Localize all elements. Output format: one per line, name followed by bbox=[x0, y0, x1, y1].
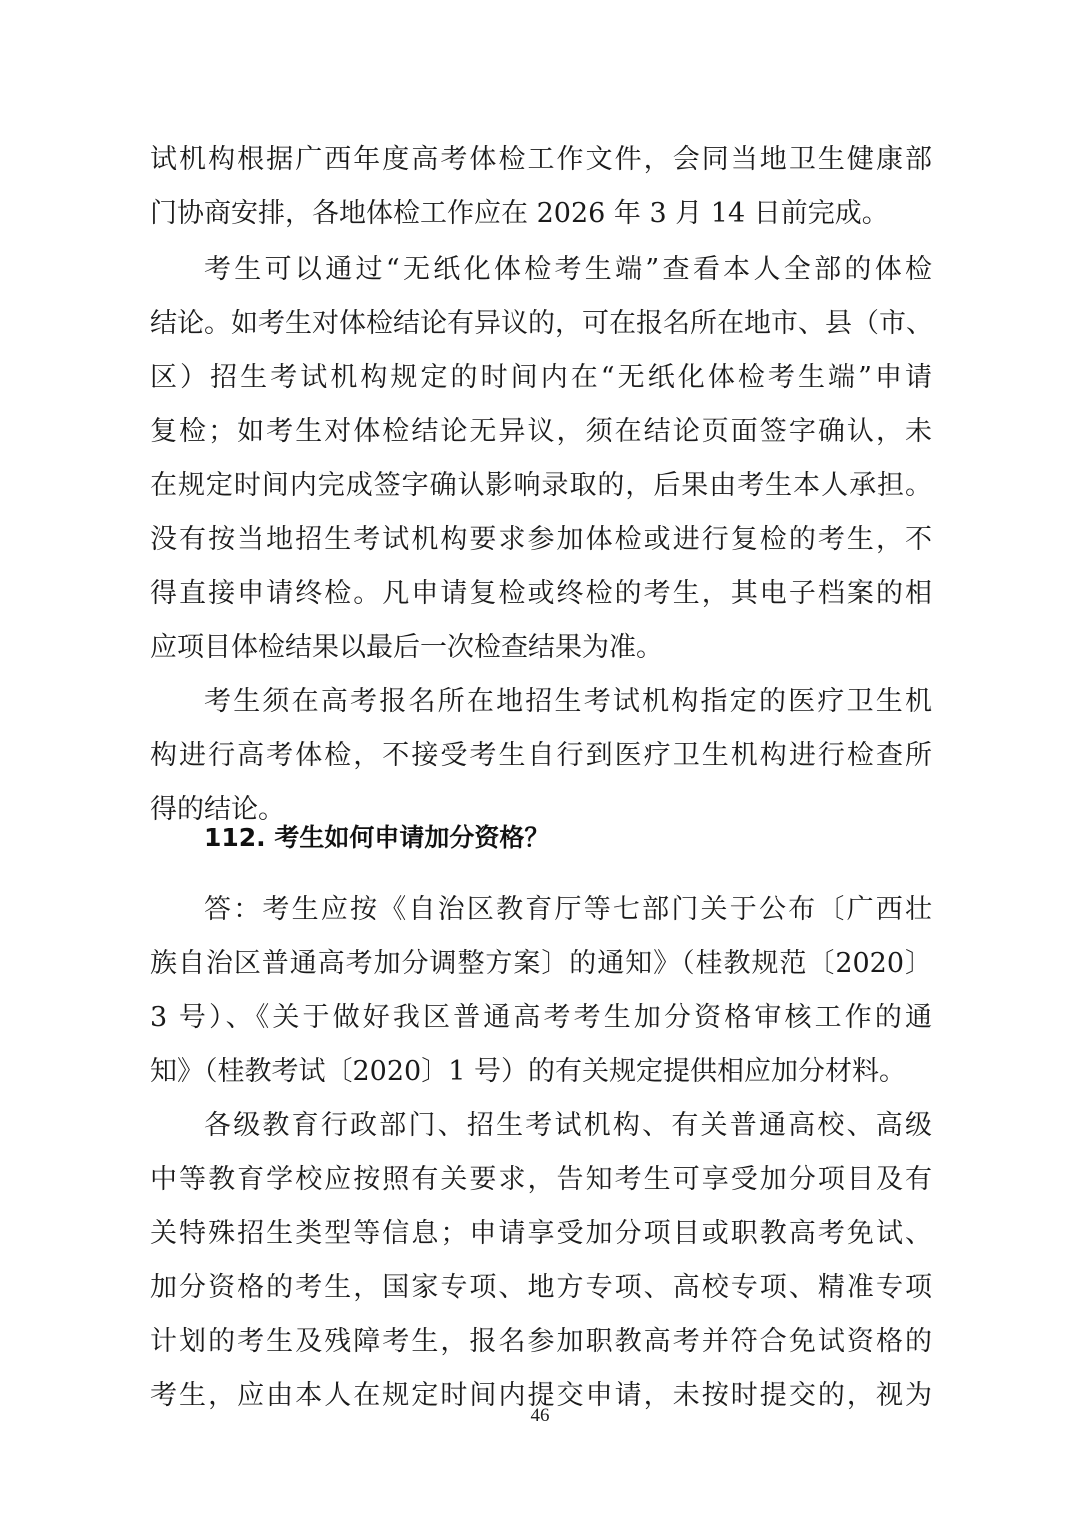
paragraph-line: 考生可以通过“无纸化体检考生端”查看本人全部的体检 bbox=[150, 243, 932, 297]
paragraph-line: 知》（桂教考试〔2020〕1 号）的有关规定提供相应加分材料。 bbox=[150, 1045, 932, 1099]
paragraph-line: 中等教育学校应按照有关要求，告知考生可享受加分项目及有 bbox=[150, 1153, 932, 1207]
paragraph-line: 关特殊招生类型等信息；申请享受加分项目或职教高考免试、 bbox=[150, 1207, 932, 1261]
paragraph-line: 结论。如考生对体检结论有异议的，可在报名所在地市、县（市、 bbox=[150, 297, 932, 351]
page-number: 46 bbox=[0, 1405, 1080, 1427]
paragraph-line: 3 号）、《关于做好我区普通高考考生加分资格审核工作的通 bbox=[150, 991, 932, 1045]
paragraph-line: 在规定时间内完成签字确认影响录取的，后果由考生本人承担。 bbox=[150, 459, 932, 513]
paragraph-line: 区）招生考试机构规定的时间内在“无纸化体检考生端”申请 bbox=[150, 351, 932, 405]
paragraph-line: 没有按当地招生考试机构要求参加体检或进行复检的考生，不 bbox=[150, 513, 932, 567]
paragraph-line: 族自治区普通高考加分调整方案〕的通知》（桂教规范〔2020〕 bbox=[150, 937, 932, 991]
paragraph-line: 各级教育行政部门、招生考试机构、有关普通高校、高级 bbox=[150, 1099, 932, 1153]
paragraph-line: 复检；如考生对体检结论无异议，须在结论页面签字确认，未 bbox=[150, 405, 932, 459]
paragraph-line: 构进行高考体检，不接受考生自行到医疗卫生机构进行检查所 bbox=[150, 729, 932, 783]
paragraph-line: 应项目体检结果以最后一次检查结果为准。 bbox=[150, 621, 932, 675]
paragraph-line: 得直接申请终检。凡申请复检或终检的考生，其电子档案的相 bbox=[150, 567, 932, 621]
paragraph-line: 试机构根据广西年度高考体检工作文件，会同当地卫生健康部 bbox=[150, 133, 932, 187]
paragraph-line: 计划的考生及残障考生，报名参加职教高考并符合免试资格的 bbox=[150, 1315, 932, 1369]
paragraph-line: 加分资格的考生，国家专项、地方专项、高校专项、精准专项 bbox=[150, 1261, 932, 1315]
paragraph-line: 考生须在高考报名所在地招生考试机构指定的医疗卫生机 bbox=[150, 675, 932, 729]
paragraph-line: 答：考生应按《自治区教育厅等七部门关于公布〔广西壮 bbox=[150, 883, 932, 937]
section-heading: 112. 考生如何申请加分资格？ bbox=[204, 811, 549, 865]
paragraph-line: 门协商安排，各地体检工作应在 2026 年 3 月 14 日前完成。 bbox=[150, 187, 932, 241]
